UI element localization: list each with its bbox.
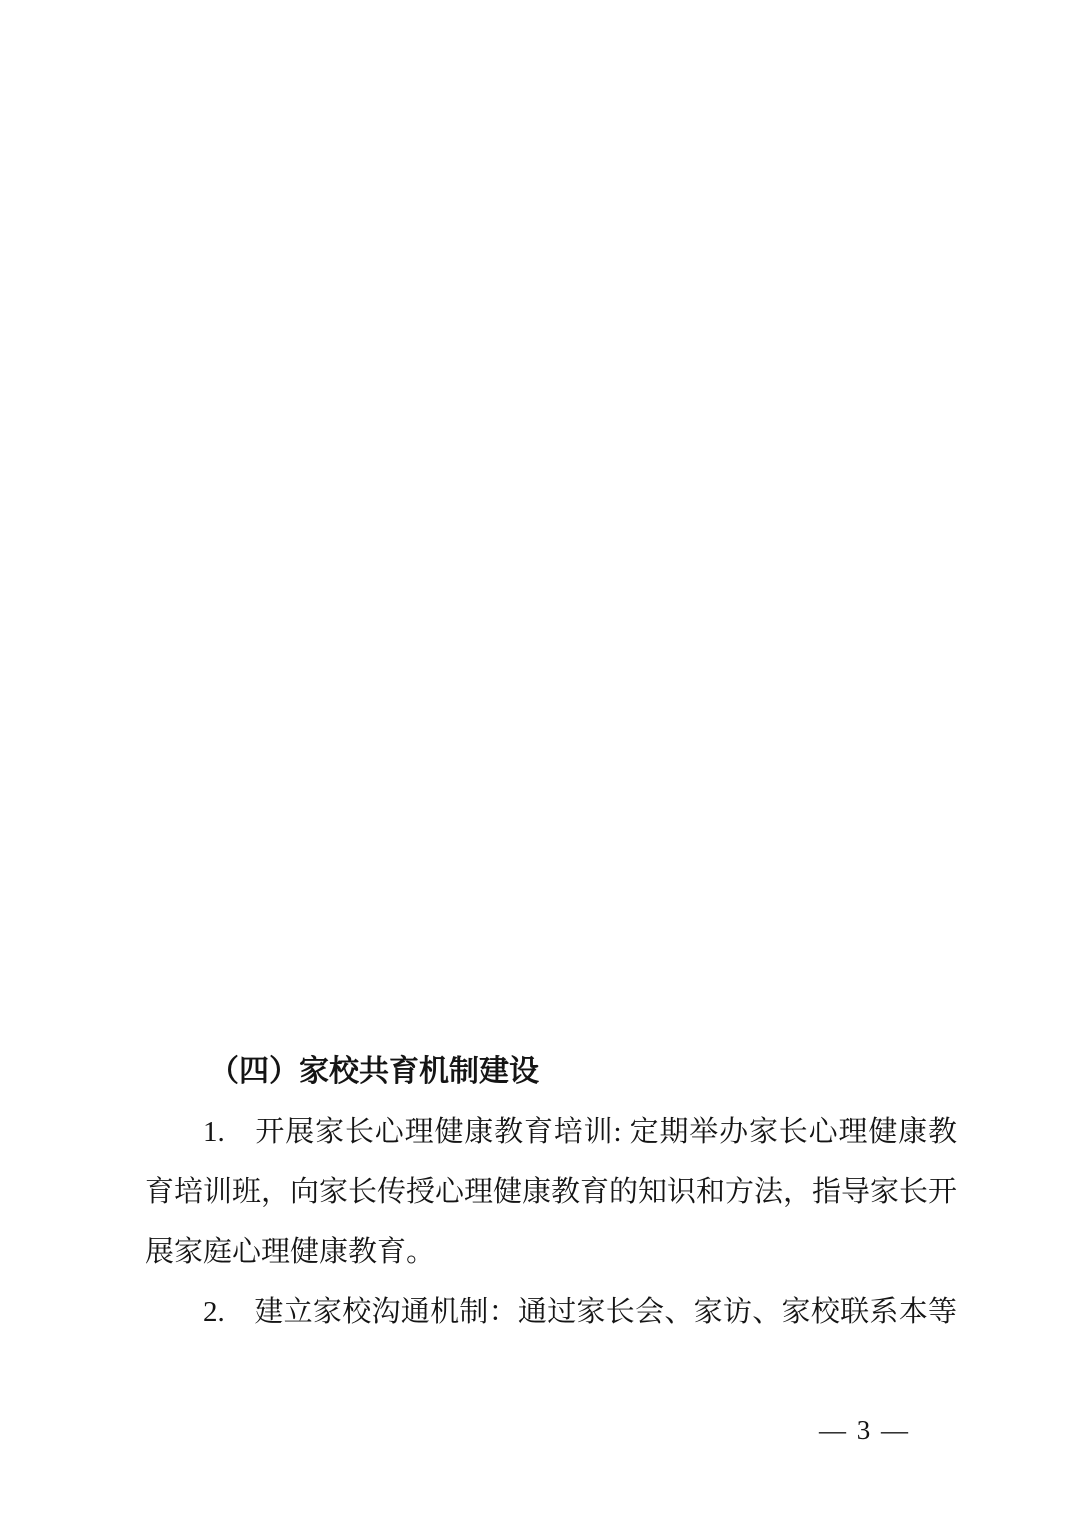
document-body: （四）家校共育机制建设 1. 开展家长心理健康教育培训: 定期举办家长心理健康教… [145,1042,957,1342]
paragraph-line: 2. 建立家校沟通机制：通过家长会、家访、家校联系本等 [145,1282,957,1342]
page-footer: — 3 — [819,1408,910,1452]
paragraph-line: 育培训班，向家长传授心理健康教育的知识和方法，指导家长开 [145,1162,957,1222]
section-heading: （四）家校共育机制建设 [145,1042,957,1102]
document-page: （四）家校共育机制建设 1. 开展家长心理健康教育培训: 定期举办家长心理健康教… [0,0,1080,1527]
page-number: — 3 — [819,1415,910,1445]
paragraph-line: 1. 开展家长心理健康教育培训: 定期举办家长心理健康教 [145,1102,957,1162]
paragraph-line: 展家庭心理健康教育。 [145,1222,957,1282]
